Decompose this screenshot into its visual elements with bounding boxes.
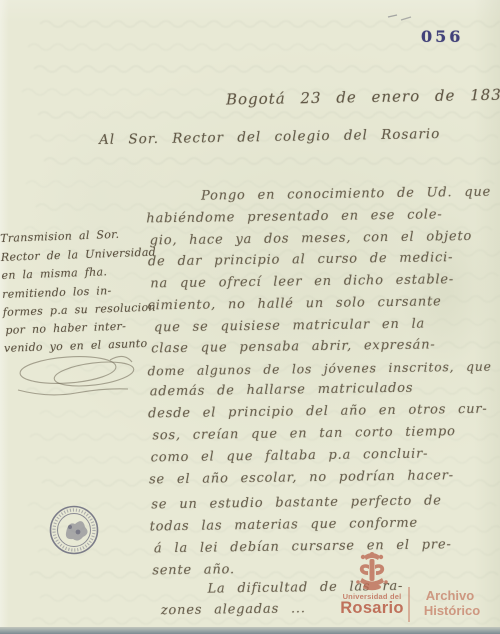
manuscript-line: habiéndome presentado en ese cole-: [146, 207, 442, 226]
signature-flourish-icon: [10, 350, 145, 402]
manuscript-line: dome algunos de los jóvenes inscritos, q…: [147, 359, 491, 379]
manuscript-line: na que ofrecí leer en dicho estable-: [150, 272, 454, 291]
margin-line: por no haber inter-: [5, 320, 126, 337]
manuscript-page: 056 Bogotá 23 de enero de 1838 Al Sor. R…: [0, 0, 500, 634]
manuscript-line: cimiento, no hallé un solo cursante: [147, 294, 441, 313]
margin-line: Rector de la Universidad: [1, 246, 157, 264]
margin-line: Transmision al Sor.: [0, 228, 120, 245]
manuscript-line: á la lei debían cursarse en el pre-: [154, 537, 452, 556]
manuscript-line: gio, hace ya dos meses, con el objeto: [150, 229, 473, 249]
manuscript-line: como el que faltaba p.a concluir-: [151, 447, 429, 466]
manuscript-line: sos, creían que en tan corto tiempo: [152, 424, 455, 443]
manuscript-line: clase que pensaba abrir, expresán-: [151, 337, 436, 356]
archive-number-stamp: 056: [421, 27, 463, 46]
manuscript-line: zones alegadas ...: [161, 601, 306, 618]
margin-annotation: Transmision al Sor. Rector de la Univers…: [0, 219, 174, 357]
manuscript-line: además de hallarse matriculados: [150, 381, 414, 400]
manuscript-line: todas las materias que conforme: [150, 516, 418, 535]
manuscript-line: de dar principio al curso de medici-: [148, 250, 454, 269]
manuscript-line: desde el principio del año en otros cur-: [148, 402, 488, 422]
letter-body: Pongo en conocimiento de Ud. que habiénd…: [142, 178, 500, 633]
margin-line: formes p.a su resolucion: [3, 301, 156, 319]
university-crest-icon: [350, 551, 394, 595]
scan-edge: [0, 627, 500, 634]
manuscript-line: que se quisiese matricular en la: [154, 317, 425, 336]
manuscript-line: sente año.: [152, 562, 235, 578]
margin-line: remitiendo los in-: [2, 284, 112, 301]
manuscript-line: se el año escolar, no podrían hacer-: [149, 468, 454, 487]
pencil-mark: [386, 11, 416, 25]
margin-line: en la misma fha.: [1, 265, 107, 282]
manuscript-line: se un estudio bastante perfecto de: [151, 493, 442, 512]
manuscript-line: Pongo en conocimiento de Ud. que: [201, 185, 491, 204]
circular-ink-stamp-icon: [47, 503, 101, 557]
watermark-divider: [408, 587, 410, 622]
